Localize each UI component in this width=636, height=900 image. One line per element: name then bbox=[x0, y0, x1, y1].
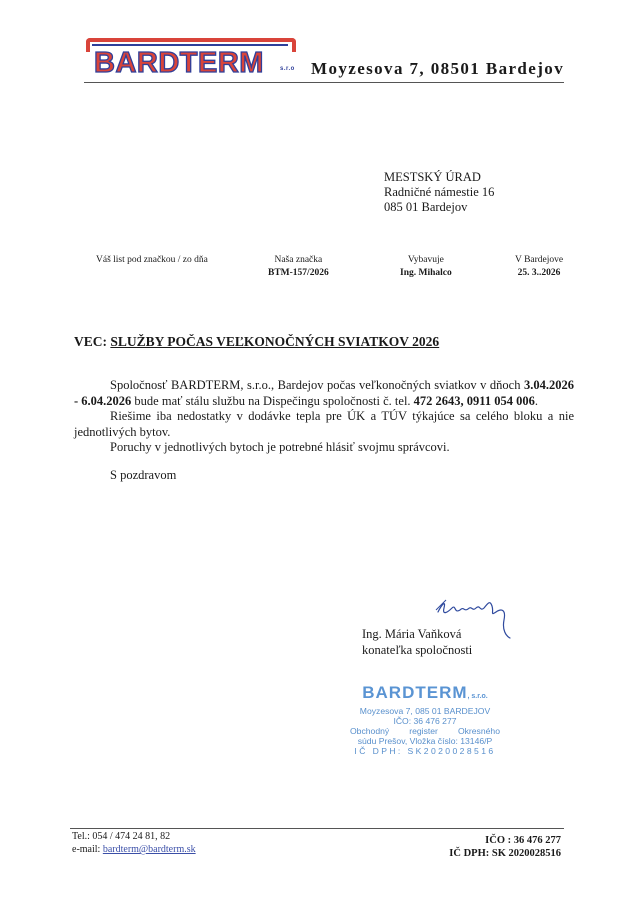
ref-your-letter: Váš list pod značkou / zo dňa bbox=[96, 254, 208, 267]
p1-text-a: Spoločnosť BARDTERM, s.r.o., Bardejov po… bbox=[110, 378, 524, 392]
closing-greeting: S pozdravom bbox=[74, 468, 574, 484]
footer-email-label: e-mail: bbox=[72, 844, 103, 855]
subject-prefix: VEC: bbox=[74, 334, 107, 349]
body-paragraph-3: Poruchy v jednotlivých bytoch je potrebn… bbox=[74, 440, 574, 456]
dispatch-phones: 472 2643, 0911 054 006 bbox=[414, 394, 535, 408]
company-logo: BARDTERM s.r.o bbox=[84, 34, 304, 80]
footer-divider bbox=[70, 828, 564, 829]
p1-end: . bbox=[535, 394, 538, 408]
footer-vat: IČ DPH: SK 2020028516 bbox=[449, 847, 561, 860]
ref-handler: Vybavuje Ing. Mihalco bbox=[400, 254, 452, 280]
stamp-name-suffix: , s.r.o. bbox=[468, 693, 488, 700]
stamp-company-name: BARDTERM, s.r.o. bbox=[350, 684, 500, 706]
stamp-register-a: Obchodný bbox=[350, 726, 389, 736]
ref-date-value: 25. 3..2026 bbox=[515, 267, 563, 280]
letter-body: Spoločnosť BARDTERM, s.r.o., Bardejov po… bbox=[74, 378, 574, 484]
letter-subject: VEC: SLUŽBY POČAS VEĽKONOČNÝCH SVIATKOV … bbox=[74, 334, 439, 350]
body-paragraph-1: Spoločnosť BARDTERM, s.r.o., Bardejov po… bbox=[74, 378, 574, 409]
footer-email-line: e-mail: bardterm@bardterm.sk bbox=[72, 843, 196, 856]
footer-contact: Tel.: 054 / 474 24 81, 82 e-mail: bardte… bbox=[72, 830, 196, 856]
stamp-register-b: register bbox=[409, 726, 438, 736]
footer-company-ids: IČO : 36 476 277 IČ DPH: SK 2020028516 bbox=[449, 834, 561, 860]
recipient-line-1: MESTSKÝ ÚRAD bbox=[384, 170, 494, 185]
ref-place-date: V Bardejove 25. 3..2026 bbox=[515, 254, 563, 280]
ref-our-mark: Naša značka BTM-157/2026 bbox=[268, 254, 329, 280]
signatory-name: Ing. Mária Vaňková bbox=[362, 626, 472, 642]
footer-phone: Tel.: 054 / 474 24 81, 82 bbox=[72, 830, 196, 843]
ref-handler-label: Vybavuje bbox=[400, 254, 452, 267]
company-address: Moyzesova 7, 08501 Bardejov bbox=[311, 59, 564, 79]
stamp-register: Obchodný register Okresného bbox=[350, 726, 500, 736]
stamp-court: súdu Prešov, Vložka číslo: 13146/P bbox=[350, 736, 500, 746]
footer-email-link[interactable]: bardterm@bardterm.sk bbox=[103, 844, 196, 855]
subject-title: SLUŽBY POČAS VEĽKONOČNÝCH SVIATKOV 2026 bbox=[110, 334, 439, 349]
footer-ico: IČO : 36 476 277 bbox=[449, 834, 561, 847]
stamp-vat: IČ DPH: SK2020028516 bbox=[350, 746, 500, 756]
stamp-address: Moyzesova 7, 085 01 BARDEJOV bbox=[350, 706, 500, 716]
stamp-name-text: BARDTERM bbox=[362, 683, 467, 702]
logo-suffix: s.r.o bbox=[280, 66, 295, 72]
recipient-line-2: Radničné námestie 16 bbox=[384, 185, 494, 200]
ref-handler-value: Ing. Mihalco bbox=[400, 267, 452, 280]
p1-text-b: bude mať stálu službu na Dispečingu spol… bbox=[131, 394, 413, 408]
stamp-register-c: Okresného bbox=[458, 726, 500, 736]
recipient-address: MESTSKÝ ÚRAD Radničné námestie 16 085 01… bbox=[384, 170, 494, 215]
logo-wordmark: BARDTERM bbox=[94, 48, 264, 78]
company-stamp: BARDTERM, s.r.o. Moyzesova 7, 085 01 BAR… bbox=[350, 684, 500, 756]
signatory: Ing. Mária Vaňková konateľka spoločnosti bbox=[362, 626, 472, 658]
body-paragraph-2: Riešime iba nedostatky v dodávke tepla p… bbox=[74, 409, 574, 440]
signatory-role: konateľka spoločnosti bbox=[362, 642, 472, 658]
ref-our-mark-value: BTM-157/2026 bbox=[268, 267, 329, 280]
ref-place-label: V Bardejove bbox=[515, 254, 563, 267]
ref-our-mark-label: Naša značka bbox=[268, 254, 329, 267]
ref-your-letter-label: Váš list pod značkou / zo dňa bbox=[96, 254, 208, 267]
stamp-ico: IČO: 36 476 277 bbox=[350, 716, 500, 726]
recipient-line-3: 085 01 Bardejov bbox=[384, 200, 494, 215]
header-divider bbox=[84, 82, 564, 83]
